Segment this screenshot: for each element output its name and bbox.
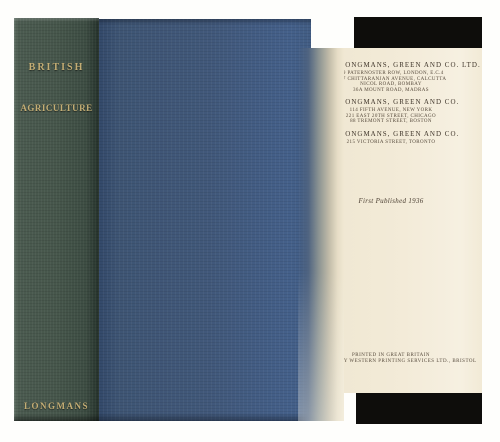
imprint-publisher-name: LONGMANS, GREEN AND CO. LTD. <box>340 61 442 69</box>
imprint-address: 114 FIFTH AVENUE, NEW YORK <box>340 108 442 114</box>
title-page-content: LONGMANS, GREEN AND CO. LTD. 39 PATERNOS… <box>340 48 482 393</box>
backdrop-shadow-top <box>354 17 482 49</box>
backdrop-shadow-bottom <box>356 392 482 424</box>
edition-note: First Published 1936 <box>340 197 442 205</box>
book-spine: BRITISH AGRICULTURE LONGMANS <box>14 18 99 421</box>
publisher-imprint-block: LONGMANS, GREEN AND CO. LTD. 39 PATERNOS… <box>340 48 442 145</box>
spine-title-line-2: AGRICULTURE <box>14 103 99 113</box>
imprint-address: 36A MOUNT ROAD, MADRAS <box>340 88 442 94</box>
spine-publisher-name: LONGMANS <box>14 401 99 411</box>
imprint-publisher-name: LONGMANS, GREEN AND CO. <box>340 98 442 106</box>
book-photograph: BRITISH AGRICULTURE LONGMANS LONGMANS, G… <box>0 0 500 442</box>
imprint-address: 39 PATERNOSTER ROW, LONDON, E.C.4 <box>340 71 442 77</box>
imprint-address: 88 TREMONT STREET, BOSTON <box>340 119 442 125</box>
spine-title-line-1: BRITISH <box>14 62 99 73</box>
front-cover-cloth <box>99 19 344 421</box>
printer-note-line-2: BY WESTERN PRINTING SERVICES LTD., BRIST… <box>340 359 442 365</box>
printer-note: PRINTED IN GREAT BRITAIN BY WESTERN PRIN… <box>340 353 442 365</box>
imprint-address: 215 VICTORIA STREET, TORONTO <box>340 140 442 146</box>
title-page: LONGMANS, GREEN AND CO. LTD. 39 PATERNOS… <box>340 48 482 393</box>
imprint-publisher-name: LONGMANS, GREEN AND CO. <box>340 130 442 138</box>
